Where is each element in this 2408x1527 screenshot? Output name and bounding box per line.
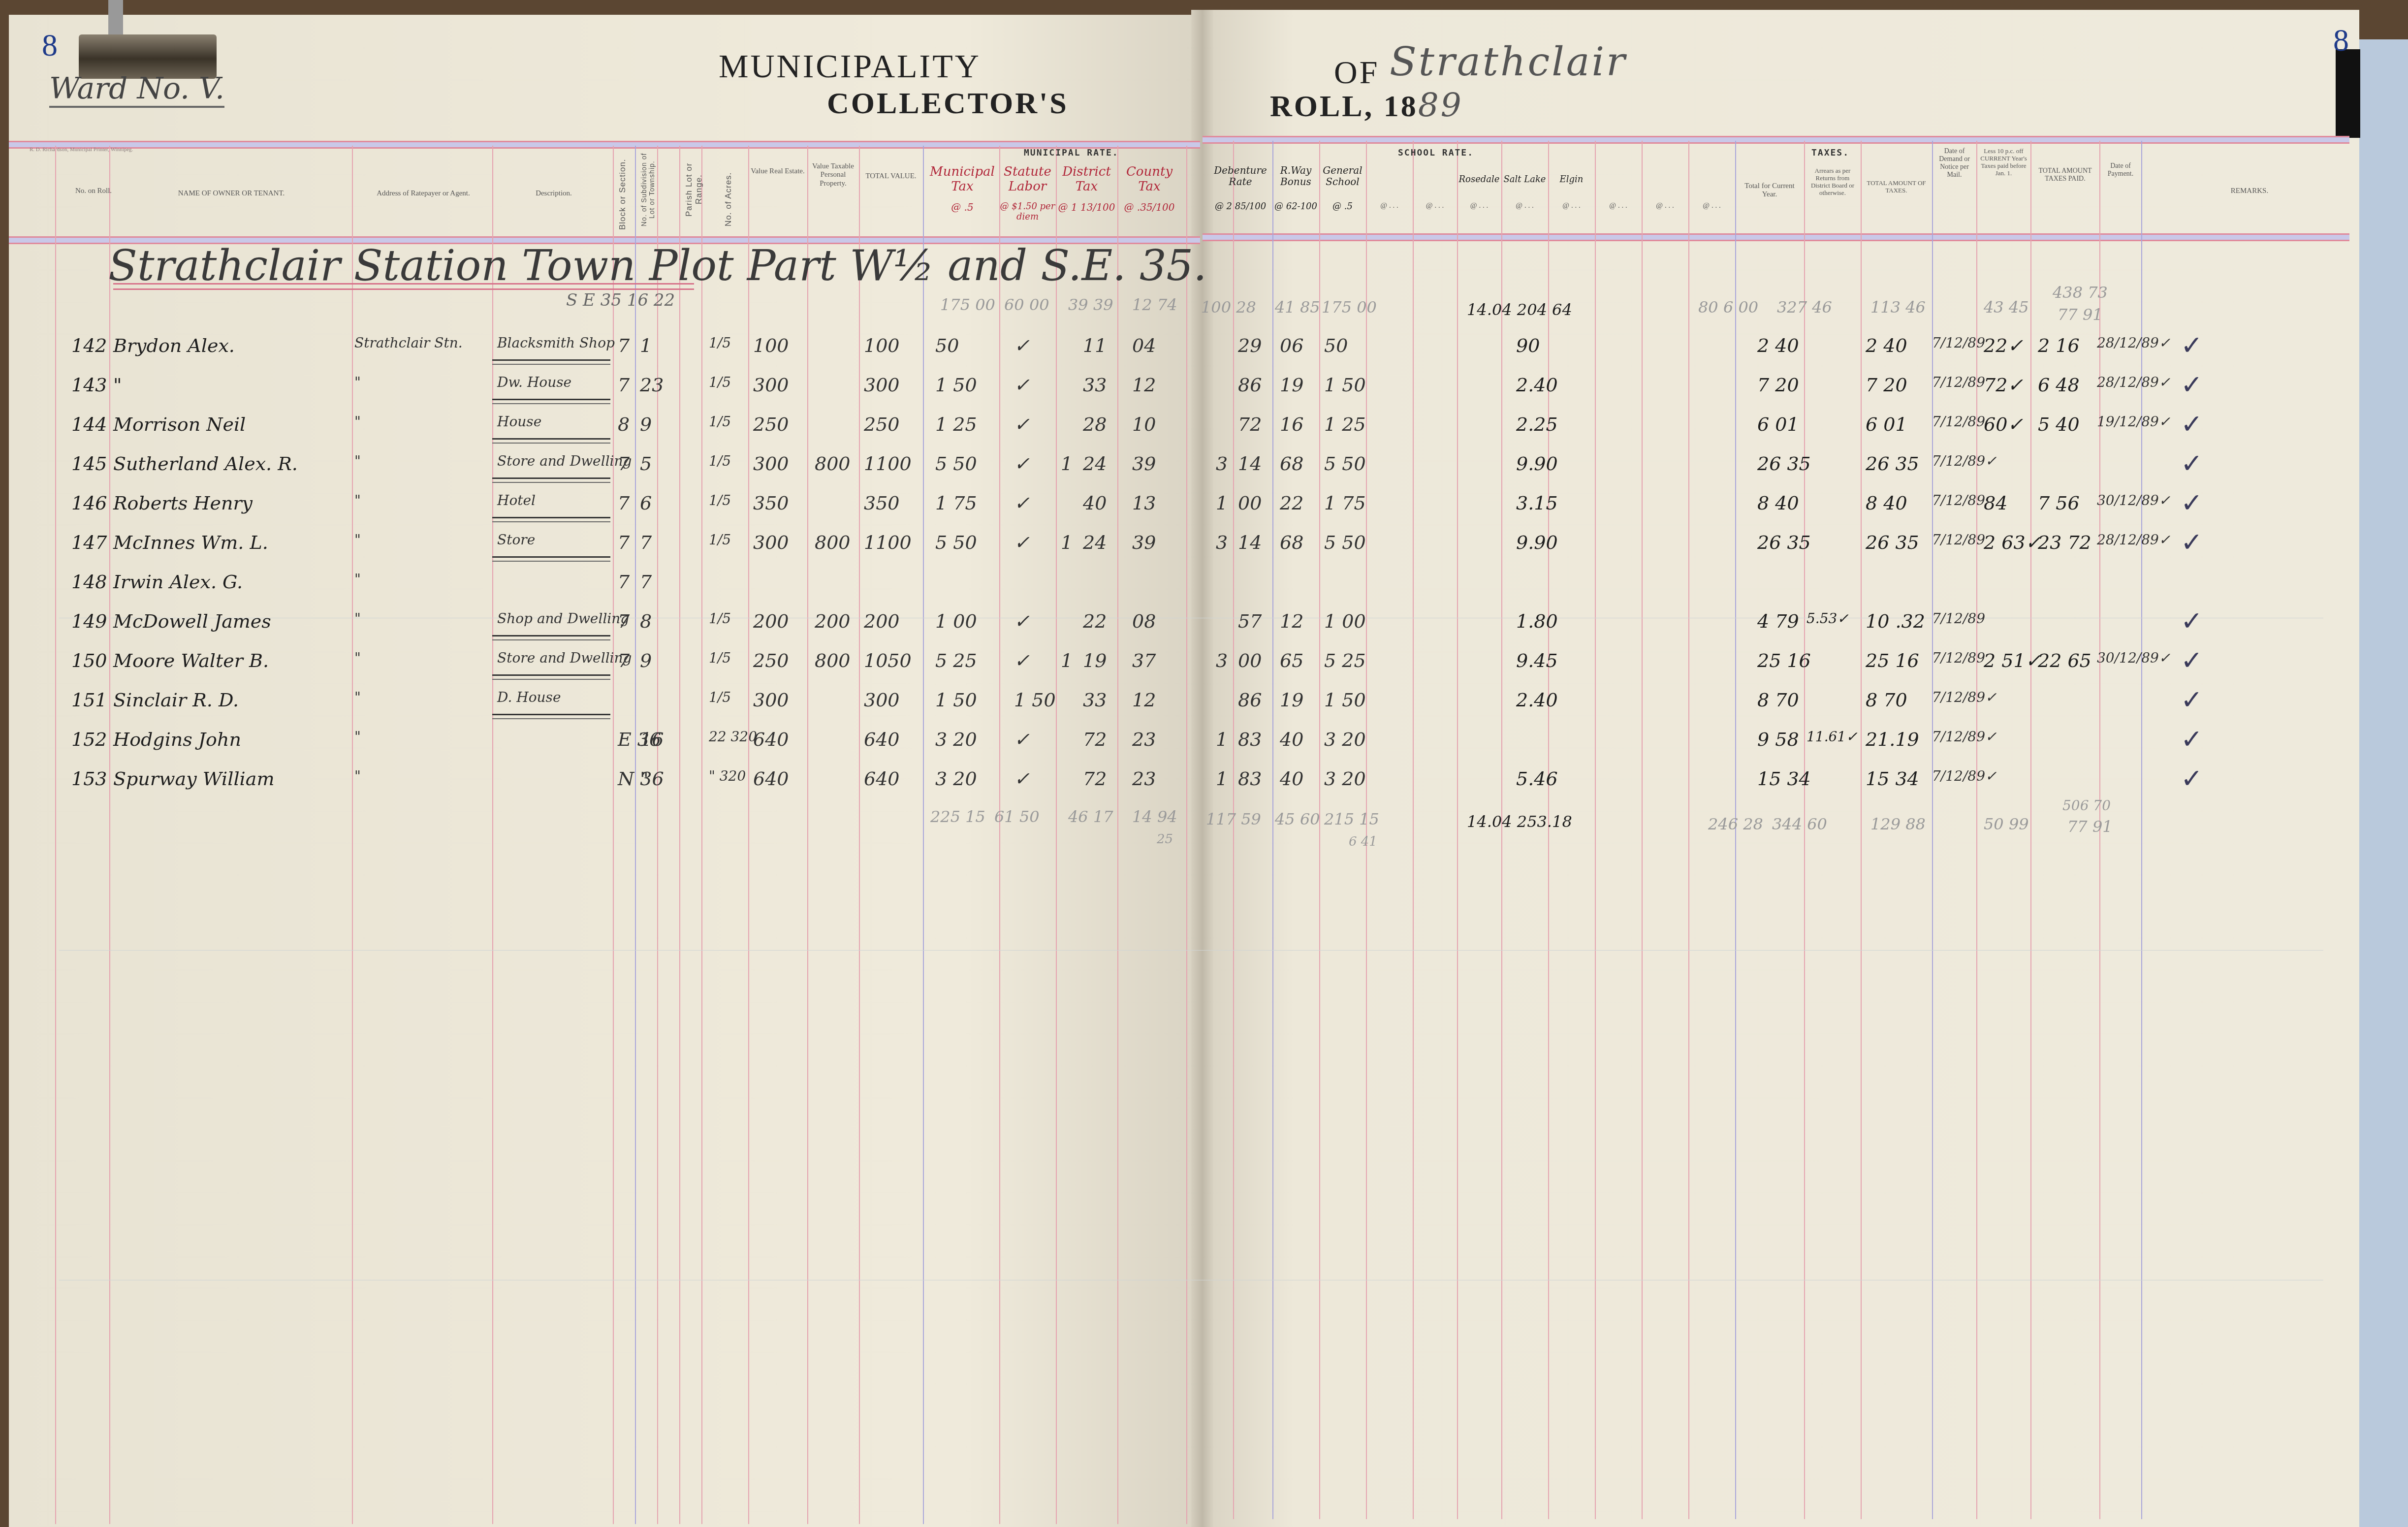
row-value-real: 300 [753, 453, 789, 475]
row-deb2: 00 [1238, 492, 1262, 514]
remark-checkmark-icon: ✓ [2181, 684, 2203, 715]
bulldog-clip [79, 0, 217, 74]
remark-checkmark-icon: ✓ [2181, 330, 2203, 361]
row-value-personal: 200 [815, 610, 851, 632]
row-statute: ✓ [1014, 532, 1030, 553]
row-statute: ✓ [1014, 768, 1030, 790]
row-school-total: 9.90 [1516, 453, 1558, 475]
row-value-real: 300 [753, 374, 789, 396]
row-lot: 5 [640, 453, 652, 475]
row-no: 148 [71, 571, 107, 593]
row-less10: 2 51✓ [1984, 650, 2041, 671]
rate-rosedale: @ . . . [1457, 202, 1501, 210]
row-rway: 40 [1280, 729, 1303, 750]
row-no: 149 [71, 610, 107, 632]
row-statute: ✓ [1014, 374, 1030, 396]
remark-checkmark-icon: ✓ [2181, 369, 2203, 400]
row-total-current: 6 01 [1757, 414, 1799, 435]
row-dist2: 28 [1083, 414, 1107, 435]
row-muni: 5 50 [935, 453, 977, 475]
section-heading-underline [113, 283, 694, 290]
header-debenture-rate: Debenture Rate [1211, 165, 1270, 188]
row-date-payment: 28/12/89✓ [2097, 374, 2170, 390]
row-block: 7 [618, 453, 630, 475]
row-acres: 1/5 [709, 414, 731, 430]
row-no: 143 [71, 374, 107, 396]
row-value-real: 640 [753, 729, 789, 750]
header-address: Address of Ratepayer or Agent. [354, 190, 492, 198]
row-date-payment: 19/12/89✓ [2097, 414, 2170, 430]
row-no: 147 [71, 532, 107, 553]
row-muni: 5 25 [935, 650, 977, 671]
row-acres: 1/5 [709, 453, 731, 469]
row-acres: 1/5 [709, 610, 731, 627]
column-divider [679, 146, 680, 1524]
row-general: 50 [1324, 335, 1348, 356]
carry-county: 12 74 [1132, 295, 1177, 314]
row-block: 8 [618, 414, 630, 435]
row-total-paid: 22 65 [2038, 650, 2091, 671]
row-total-current: 26 35 [1757, 532, 1811, 553]
row-total-taxes: 21.19 [1866, 729, 1919, 750]
row-date-demand: 7/12/89 [1932, 335, 1985, 351]
row-date-demand: 7/12/89✓ [1932, 768, 1996, 784]
header-rway-bonus: R.Way Bonus [1272, 165, 1319, 188]
row-county: 23 [1132, 768, 1156, 790]
row-muni: 1 00 [935, 610, 977, 632]
title-roll-prefix: ROLL, 18 [1270, 90, 1418, 123]
row-name: Morrison Neil [113, 414, 246, 435]
rate-blank: @ . . . [1688, 202, 1735, 210]
row-county: 37 [1132, 650, 1156, 671]
row-dist2: 24 [1083, 532, 1107, 553]
row-lot: 9 [640, 414, 652, 435]
roll-year: 89 [1418, 86, 1463, 124]
rate-rway-bonus: @ 62-100 [1272, 202, 1319, 212]
row-date-demand: 7/12/89✓ [1932, 729, 1996, 745]
row-school-total: 9.45 [1516, 650, 1558, 671]
rate-debenture: @ 2 85/100 [1211, 202, 1270, 212]
row-value-real: 100 [753, 335, 789, 356]
column-divider [1688, 141, 1689, 1519]
row-block: 7 [618, 532, 630, 553]
row-no: 145 [71, 453, 107, 475]
row-total-paid: 23 72 [2038, 532, 2091, 553]
row-lot: 8 [640, 610, 652, 632]
row-muni: 1 75 [935, 492, 977, 514]
rate-municipal-tax: @ .5 [925, 202, 999, 213]
rate-blank: @ . . . [1595, 202, 1642, 210]
row-address: " [354, 571, 361, 587]
row-dist2: 11 [1083, 335, 1107, 356]
row-no: 144 [71, 414, 107, 435]
rate-general-school: @ .5 [1319, 202, 1366, 212]
row-block: 7 [618, 650, 630, 671]
section-taxes: TAXES. [1811, 148, 1849, 158]
row-total-value: 1100 [864, 532, 912, 553]
row-acres: 22 320 [709, 729, 757, 745]
row-arrears: 5.53✓ [1806, 610, 1849, 627]
row-name: McDowell James [113, 610, 271, 632]
total-county-sub: 25 [1157, 832, 1173, 847]
carry-muni: 175 00 [940, 295, 995, 314]
remark-checkmark-icon: ✓ [2181, 763, 2203, 794]
row-lot: 1 [640, 335, 652, 356]
row-name: Roberts Henry [113, 492, 253, 514]
header-salt-lake: Salt Lake [1501, 175, 1548, 185]
row-total-value: 300 [864, 689, 900, 711]
remark-checkmark-icon: ✓ [2181, 448, 2203, 479]
row-muni: 1 50 [935, 689, 977, 711]
row-general: 3 20 [1324, 768, 1366, 790]
row-deb2: 83 [1238, 768, 1262, 790]
row-statute: ✓ [1014, 492, 1030, 514]
row-no: 142 [71, 335, 107, 356]
row-lot: 7 [640, 571, 652, 593]
total-general-sub: 6 41 [1349, 834, 1377, 849]
header-top-rule-left [9, 141, 1200, 149]
remark-checkmark-icon: ✓ [2181, 605, 2203, 636]
row-deb2: 00 [1238, 650, 1262, 671]
row-no: 153 [71, 768, 107, 790]
column-divider [999, 146, 1000, 1524]
row-total-value: 350 [864, 492, 900, 514]
row-no: 152 [71, 729, 107, 750]
carry-total-taxes: 113 46 [1870, 298, 1926, 317]
column-divider [55, 146, 56, 1524]
row-date-demand: 7/12/89 [1932, 532, 1985, 548]
row-address: " [354, 532, 361, 548]
row-total-taxes: 6 01 [1866, 414, 1907, 435]
row-general: 1 50 [1324, 374, 1366, 396]
binder-clip [2336, 49, 2360, 138]
rate-blank: @ . . . [1642, 202, 1688, 210]
row-description: Shop and Dwelling [497, 610, 629, 627]
row-general: 5 25 [1324, 650, 1366, 671]
row-lot: 9 [640, 650, 652, 671]
row-deb2: 14 [1238, 532, 1262, 553]
rate-blank: @ . . . [1413, 202, 1457, 210]
description-underline [492, 438, 610, 444]
column-divider [1642, 141, 1643, 1519]
header-elgin: Elgin [1548, 175, 1595, 185]
rate-salt-lake: @ . . . [1501, 202, 1548, 210]
row-debenture: 3 [1216, 650, 1228, 671]
row-rway: 22 [1280, 492, 1303, 514]
remark-checkmark-icon: ✓ [2181, 645, 2203, 676]
row-county: 12 [1132, 689, 1156, 711]
row-date-payment: 28/12/89✓ [2097, 532, 2170, 548]
title-municipality: MUNICIPALITY [719, 47, 981, 86]
row-name: Hodgins John [113, 729, 241, 750]
row-address: " [354, 453, 361, 469]
row-name: Brydon Alex. [113, 335, 235, 356]
row-acres: 1/5 [709, 532, 731, 548]
row-date-demand: 7/12/89 [1932, 650, 1985, 666]
row-dist2: 24 [1083, 453, 1107, 475]
row-block: 7 [618, 335, 630, 356]
row-value-real: 640 [753, 768, 789, 790]
row-district: 1 [1061, 532, 1073, 553]
row-general: 3 20 [1324, 729, 1366, 750]
header-top-rule-right [1203, 136, 2349, 144]
row-acres: 1/5 [709, 492, 731, 509]
row-value-personal: 800 [815, 532, 851, 553]
row-date-demand: 7/12/89✓ [1932, 453, 1996, 469]
header-description: Description. [497, 190, 610, 198]
row-less10: 22✓ [1984, 335, 2023, 356]
row-muni: 3 20 [935, 729, 977, 750]
header-total-paid: TOTAL AMOUNT TAXES PAID. [2032, 167, 2098, 183]
header-less-10pc: Less 10 p.c. off CURRENT Year's Taxes pa… [1978, 148, 2029, 177]
row-debenture: 3 [1216, 532, 1228, 553]
remark-checkmark-icon: ✓ [2181, 487, 2203, 518]
row-name: " [113, 374, 122, 396]
header-total-value: TOTAL VALUE. [861, 172, 920, 181]
row-no: 151 [71, 689, 107, 711]
carry-debenture: 100 28 [1201, 298, 1256, 317]
carry-general: 175 00 [1322, 298, 1377, 317]
row-address: " [354, 374, 361, 390]
row-total-current: 7 20 [1757, 374, 1799, 396]
description-underline [492, 477, 610, 483]
row-description: Store [497, 532, 535, 548]
title-roll: ROLL, 1889 [1270, 86, 1463, 124]
header-subdivision: No. of Subdivision of Lot or Township. [640, 148, 656, 231]
remark-checkmark-icon: ✓ [2181, 724, 2203, 755]
column-divider [613, 146, 614, 1524]
row-school-total: 3.15 [1516, 492, 1558, 514]
row-name: Spurway William [113, 768, 274, 790]
column-divider [1186, 146, 1187, 1524]
row-muni: 3 20 [935, 768, 977, 790]
column-divider [1366, 141, 1367, 1519]
column-divider [1595, 141, 1596, 1519]
total-debenture: 117 59 [1206, 810, 1261, 828]
row-rway: 40 [1280, 768, 1303, 790]
description-underline [492, 714, 610, 719]
row-statute: ✓ [1014, 729, 1030, 750]
header-date-demand: Date of Demand or Notice per Mail. [1933, 148, 1975, 179]
row-muni: 1 25 [935, 414, 977, 435]
description-underline [492, 517, 610, 522]
section-school-rate: SCHOOL RATE. [1398, 148, 1474, 158]
row-description: Dw. House [497, 374, 571, 390]
row-muni: 5 50 [935, 532, 977, 553]
row-dist2: 33 [1083, 374, 1107, 396]
row-school-total: 90 [1516, 335, 1540, 356]
row-total-current: 8 40 [1757, 492, 1799, 514]
total-arrears: 344 60 [1772, 815, 1827, 833]
row-total-current: 25 16 [1757, 650, 1811, 671]
row-statute: ✓ [1014, 335, 1030, 356]
row-lot: 6 [640, 492, 652, 514]
column-divider [1413, 141, 1414, 1519]
row-deb2: 29 [1238, 335, 1262, 356]
row-total-value: 640 [864, 729, 900, 750]
row-county: 23 [1132, 729, 1156, 750]
carry-less10: 43 45 [1984, 298, 2029, 317]
row-rway: 68 [1280, 532, 1303, 553]
row-no: 150 [71, 650, 107, 671]
printer-credit: R. D. Richardson, Municipal Printer, Win… [30, 147, 133, 153]
column-divider [859, 146, 860, 1524]
row-rway: 68 [1280, 453, 1303, 475]
row-total-paid: 6 48 [2038, 374, 2080, 396]
row-total-taxes: 2 40 [1866, 335, 1907, 356]
row-total-value: 640 [864, 768, 900, 790]
row-value-real: 350 [753, 492, 789, 514]
column-divider [807, 146, 808, 1524]
total-district: 46 17 [1068, 807, 1113, 826]
row-total-current: 2 40 [1757, 335, 1799, 356]
remark-checkmark-icon: ✓ [2181, 409, 2203, 440]
row-name: McInnes Wm. L. [113, 532, 268, 553]
row-lot: " [640, 768, 648, 790]
row-county: 04 [1132, 335, 1156, 356]
row-dist2: 33 [1083, 689, 1107, 711]
carry-total-paid: 77 91 [2058, 305, 2103, 324]
row-total-value: 250 [864, 414, 900, 435]
header-bottom-rule-right [1203, 233, 2349, 241]
row-value-real: 200 [753, 610, 789, 632]
row-total-value: 100 [864, 335, 900, 356]
carry-total-current: 80 6 00 [1698, 298, 1758, 317]
row-total-taxes: 26 35 [1866, 532, 1919, 553]
rate-district-tax: @ 1 13/100 [1056, 202, 1117, 213]
row-total-current: 9 58 [1757, 729, 1799, 750]
row-total-value: 200 [864, 610, 900, 632]
row-school-total: 2.40 [1516, 689, 1558, 711]
row-acres: 1/5 [709, 650, 731, 666]
row-total-taxes: 26 35 [1866, 453, 1919, 475]
row-name: Irwin Alex. G. [113, 571, 243, 593]
row-less10: 84 [1984, 492, 2007, 514]
row-debenture: 1 [1216, 729, 1228, 750]
row-rway: 06 [1280, 335, 1303, 356]
row-dist2: 19 [1083, 650, 1107, 671]
row-rway: 65 [1280, 650, 1303, 671]
row-date-demand: 7/12/89 [1932, 374, 1985, 390]
row-county: 08 [1132, 610, 1156, 632]
row-block: 7 [618, 610, 630, 632]
column-divider [1272, 141, 1273, 1519]
row-date-payment: 30/12/89✓ [2097, 650, 2170, 666]
row-total-taxes: 7 20 [1866, 374, 1907, 396]
row-muni: 1 50 [935, 374, 977, 396]
row-rway: 19 [1280, 689, 1303, 711]
row-address: " [354, 729, 361, 745]
row-address: " [354, 689, 361, 705]
row-description: Blacksmith Shop [497, 335, 615, 351]
rate-statute-labor: @ $1.50 per diem [999, 202, 1056, 222]
row-debenture: 1 [1216, 492, 1228, 514]
row-dist2: 72 [1083, 768, 1107, 790]
guide-line [59, 1280, 2323, 1280]
header-district-tax: District Tax [1056, 165, 1117, 194]
row-address: Strathclair Stn. [354, 335, 463, 351]
column-divider [701, 146, 702, 1524]
row-total-current: 15 34 [1757, 768, 1811, 790]
row-school-total: 9.90 [1516, 532, 1558, 553]
row-deb2: 14 [1238, 453, 1262, 475]
column-divider [1233, 141, 1234, 1519]
row-value-personal: 800 [815, 650, 851, 671]
row-block: 7 [618, 374, 630, 396]
row-less10: 2 63✓ [1984, 532, 2041, 553]
row-address: " [354, 492, 361, 509]
right-page-number: 8 [2333, 22, 2349, 59]
row-value-real: 300 [753, 532, 789, 553]
row-debenture: 3 [1216, 453, 1228, 475]
row-name: Sutherland Alex. R. [113, 453, 298, 475]
row-county: 13 [1132, 492, 1156, 514]
row-lot: 16 [640, 729, 664, 750]
row-acres: " 320 [709, 768, 746, 784]
total-rway: 45 60 [1275, 810, 1320, 828]
description-underline [492, 359, 610, 365]
row-total-paid: 2 16 [2038, 335, 2080, 356]
row-block: 7 [618, 492, 630, 514]
row-name: Moore Walter B. [113, 650, 269, 671]
rate-elgin: @ . . . [1548, 202, 1595, 210]
row-total-taxes: 25 16 [1866, 650, 1919, 671]
rate-blank: @ . . . [1366, 202, 1413, 210]
row-statute: ✓ [1014, 650, 1030, 671]
row-district: 1 [1061, 650, 1073, 671]
row-value-real: 300 [753, 689, 789, 711]
row-deb2: 86 [1238, 374, 1262, 396]
row-arrears: 11.61✓ [1806, 729, 1858, 745]
column-divider [1457, 141, 1458, 1519]
row-general: 1 25 [1324, 414, 1366, 435]
header-municipal-tax: Municipal Tax [925, 165, 999, 194]
total-current-year: 246 28 [1708, 815, 1763, 833]
row-general: 1 50 [1324, 689, 1366, 711]
total-general: 215 15 [1324, 810, 1379, 828]
header-statute-labor: Statute Labor [999, 165, 1056, 194]
column-divider [923, 146, 924, 1524]
row-total-current: 8 70 [1757, 689, 1799, 711]
row-total-taxes: 8 40 [1866, 492, 1907, 514]
ward-label: Ward No. V. [49, 71, 224, 108]
total-county: 14 94 [1132, 807, 1177, 826]
row-debenture: 1 [1216, 768, 1228, 790]
total-school-other: 14.04 253.18 [1467, 812, 1572, 831]
row-total-taxes: 15 34 [1866, 768, 1919, 790]
header-county-tax: County Tax [1117, 165, 1181, 194]
row-rway: 19 [1280, 374, 1303, 396]
row-date-demand: 7/12/89 [1932, 414, 1985, 430]
row-county: 12 [1132, 374, 1156, 396]
row-deb2: 83 [1238, 729, 1262, 750]
row-date-demand: 7/12/89✓ [1932, 689, 1996, 705]
column-divider [1117, 146, 1118, 1524]
municipality-name: Strathclair [1390, 39, 1627, 85]
row-value-real: 250 [753, 650, 789, 671]
row-description: D. House [497, 689, 561, 705]
header-parish-lot: Parish Lot or Range. [684, 148, 703, 231]
row-general: 5 50 [1324, 453, 1366, 475]
left-page-number: 8 [42, 27, 58, 64]
header-date-payment: Date of Payment. [2101, 162, 2140, 178]
column-divider [657, 146, 658, 1524]
row-description: Hotel [497, 492, 536, 509]
row-general: 5 50 [1324, 532, 1366, 553]
carry-statute: 60 00 [1004, 295, 1049, 314]
carry-total-paid-top: 438 73 [2053, 283, 2108, 302]
row-statute: ✓ [1014, 453, 1030, 475]
